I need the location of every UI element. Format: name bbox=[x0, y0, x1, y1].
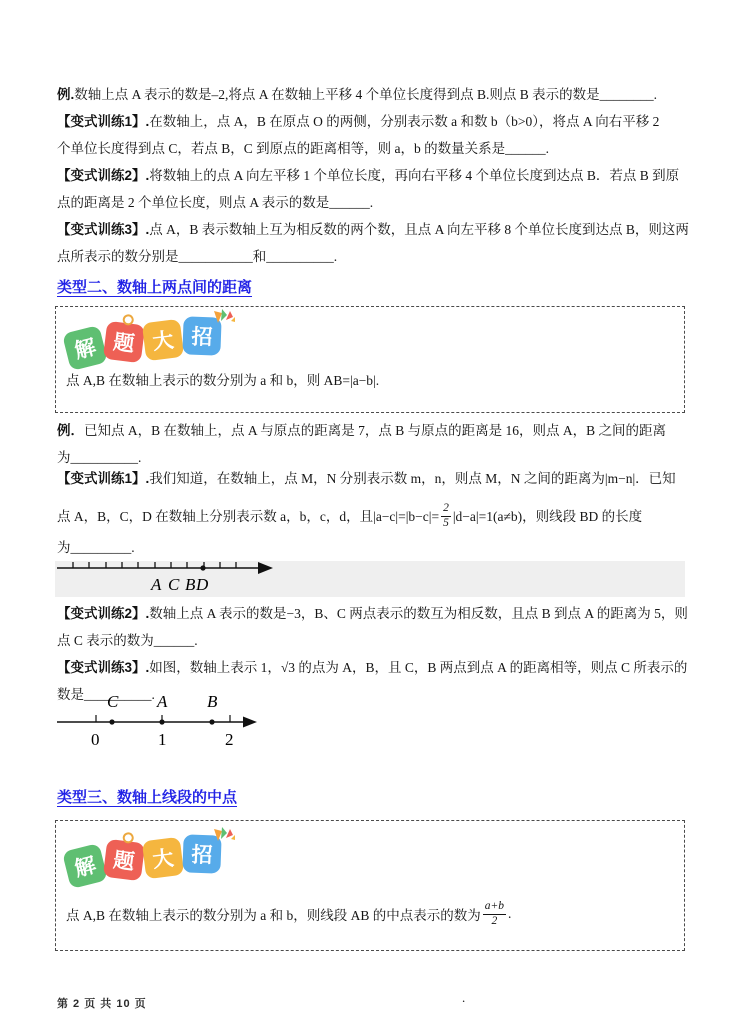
variation1-label: 【变式训练1】. bbox=[57, 114, 149, 129]
numberline2-tick-1: 1 bbox=[158, 730, 167, 749]
tip2-text: 点 A,B 在数轴上表示的数分别为 a 和 b，则线段 AB 的中点表示的数为 … bbox=[66, 894, 511, 934]
variation4-line3: 为_________. bbox=[57, 538, 135, 557]
variation4-label: 【变式训练1】. bbox=[57, 471, 149, 486]
numberline1-label-D: D bbox=[195, 575, 209, 594]
variation5-text: 数轴上点 A 表示的数是−3，B、C 两点表示的数互为相反数，且点 B 到点 A… bbox=[149, 606, 688, 621]
badge-tile-da: 大 bbox=[142, 319, 184, 361]
fraction-denominator: 5 bbox=[441, 517, 451, 530]
example-label: 例. bbox=[57, 87, 74, 102]
badge2-tile-ti: 题 bbox=[103, 839, 145, 881]
variation5-line2: 点 C 表示的数为______. bbox=[57, 631, 198, 650]
variation2-text: 将数轴上的点 A 向左平移 1 个单位长度，再向右平移 4 个单位长度到达点 B… bbox=[149, 168, 679, 183]
numberline2-label-B: B bbox=[207, 693, 218, 711]
example2-text: 已知点 A，B 在数轴上，点 A 与原点的距离是 7，点 B 与原点的距离是 1… bbox=[84, 423, 666, 438]
confetti-icon bbox=[212, 305, 236, 325]
badge-ring-icon bbox=[122, 314, 134, 326]
jieti-dazhao-badge-2: 解 题 大 招 bbox=[64, 829, 234, 893]
confetti-icon-2 bbox=[212, 823, 236, 843]
variation4-line2-post: |d−a|=1(a≠b)，则线段 BD 的长度 bbox=[453, 507, 642, 526]
variation1-line1: 【变式训练1】.在数轴上，点 A，B 在原点 O 的两侧，分别表示数 a 和数 … bbox=[57, 112, 659, 131]
variation1-line2: 个单位长度得到点 C，若点 B，C 到原点的距离相等，则 a，b 的数量关系是_… bbox=[57, 139, 549, 158]
stray-period: . bbox=[462, 990, 465, 1006]
variation3-text: 点 A，B 表示数轴上互为相反数的两个数，且点 A 向左平移 8 个单位长度到达… bbox=[149, 222, 689, 237]
tip2-text-pre: 点 A,B 在数轴上表示的数分别为 a 和 b，则线段 AB 的中点表示的数为 bbox=[66, 904, 481, 924]
numberline2-tick-2: 2 bbox=[225, 730, 234, 749]
numberline1-label-B: B bbox=[185, 575, 196, 594]
variation4-line2-pre: 点 A，B，C，D 在数轴上分别表示数 a，b，c，d，且|a−c|=|b−c|… bbox=[57, 507, 439, 526]
variation3-line2: 点所表示的数分别是___________和__________. bbox=[57, 247, 337, 266]
badge-tile-jie: 解 bbox=[62, 325, 108, 371]
numberline1-label-C: C bbox=[168, 575, 180, 594]
variation4-line2: 点 A，B，C，D 在数轴上分别表示数 a，b，c，d，且|a−c|=|b−c|… bbox=[57, 496, 642, 536]
worksheet-page: 例.数轴上点 A 表示的数是–2,将点 A 在数轴上平移 4 个单位长度得到点 … bbox=[0, 0, 734, 1024]
variation2-label: 【变式训练2】. bbox=[57, 168, 149, 183]
page-number-footer: 第 2 页 共 10 页 bbox=[57, 995, 147, 1011]
badge-tile-ti-text: 题 bbox=[112, 326, 136, 358]
type3-section-title: 类型三、数轴上线段的中点 bbox=[57, 786, 237, 807]
badge2-ring-icon bbox=[122, 832, 134, 844]
badge2-tile-jie: 解 bbox=[62, 843, 108, 889]
badge-tile-ti: 题 bbox=[103, 321, 145, 363]
variation6-label: 【变式训练3】. bbox=[57, 660, 149, 675]
variation5-line1: 【变式训练2】.数轴上点 A 表示的数是−3，B、C 两点表示的数互为相反数，且… bbox=[57, 604, 688, 623]
tip2-text-post: . bbox=[508, 906, 511, 922]
tip1-text: 点 A,B 在数轴上表示的数分别为 a 和 b，则 AB=|a−b|. bbox=[66, 369, 379, 389]
badge2-tile-da: 大 bbox=[142, 837, 184, 879]
numberline1-svg: A C B D bbox=[55, 561, 685, 597]
variation1-text: 在数轴上，点 A，B 在原点 O 的两侧，分别表示数 a 和数 b（b>0），将… bbox=[149, 114, 659, 129]
badge2-tile-ti-text: 题 bbox=[112, 844, 136, 876]
fraction-midpoint-denominator: 2 bbox=[483, 915, 506, 928]
tip-box-distance: 解 题 大 招 点 A,B 在数轴上表示的数分别为 a 和 b，则 AB=|a−… bbox=[55, 306, 685, 413]
fraction-midpoint-numerator: a+b bbox=[483, 900, 506, 914]
variation4-line1: 【变式训练1】.我们知道，在数轴上，点 M，N 分别表示数 m，n，则点 M，N… bbox=[57, 469, 676, 488]
example2-line2: 为__________. bbox=[57, 448, 141, 467]
tip-box-midpoint: 解 题 大 招 点 A,B 在数轴上表示的数分别为 a 和 b，则线段 AB 的… bbox=[55, 820, 685, 951]
variation2-line2: 点的距离是 2 个单位长度，则点 A 表示的数是______. bbox=[57, 193, 373, 212]
example2-line1: 例．已知点 A，B 在数轴上，点 A 与原点的距离是 7，点 B 与原点的距离是… bbox=[57, 421, 666, 440]
variation4-text: 我们知道，在数轴上，点 M，N 分别表示数 m，n，则点 M，N 之间的距离为|… bbox=[149, 471, 675, 486]
numberline2-figure: C A B 0 1 2 bbox=[57, 693, 277, 749]
fraction-two-fifths: 25 bbox=[441, 502, 451, 529]
example2-label: 例． bbox=[57, 423, 84, 438]
fraction-midpoint: a+b2 bbox=[483, 900, 506, 927]
numberline2-tick-0: 0 bbox=[91, 730, 100, 749]
variation6-line1: 【变式训练3】.如图，数轴上表示 1，√3 的点为 A，B，且 C，B 两点到点… bbox=[57, 658, 687, 677]
fraction-numerator: 2 bbox=[441, 502, 451, 516]
numberline1-figure: A C B D bbox=[55, 561, 685, 597]
numberline2-label-C: C bbox=[107, 693, 119, 711]
jieti-dazhao-badge: 解 题 大 招 bbox=[64, 311, 234, 375]
example-line-1: 例.数轴上点 A 表示的数是–2,将点 A 在数轴上平移 4 个单位长度得到点 … bbox=[57, 85, 657, 104]
example-text: 数轴上点 A 表示的数是–2,将点 A 在数轴上平移 4 个单位长度得到点 B.… bbox=[74, 87, 657, 102]
numberline1-label-A: A bbox=[150, 575, 162, 594]
variation6-text: 如图，数轴上表示 1，√3 的点为 A，B，且 C，B 两点到点 A 的距离相等… bbox=[149, 660, 687, 675]
variation3-label: 【变式训练3】. bbox=[57, 222, 149, 237]
variation2-line1: 【变式训练2】.将数轴上的点 A 向左平移 1 个单位长度，再向右平移 4 个单… bbox=[57, 166, 679, 185]
variation5-label: 【变式训练2】. bbox=[57, 606, 149, 621]
numberline2-label-A: A bbox=[156, 693, 168, 711]
variation3-line1: 【变式训练3】.点 A，B 表示数轴上互为相反数的两个数，且点 A 向左平移 8… bbox=[57, 220, 689, 239]
type2-section-title: 类型二、数轴上两点间的距离 bbox=[57, 276, 252, 297]
